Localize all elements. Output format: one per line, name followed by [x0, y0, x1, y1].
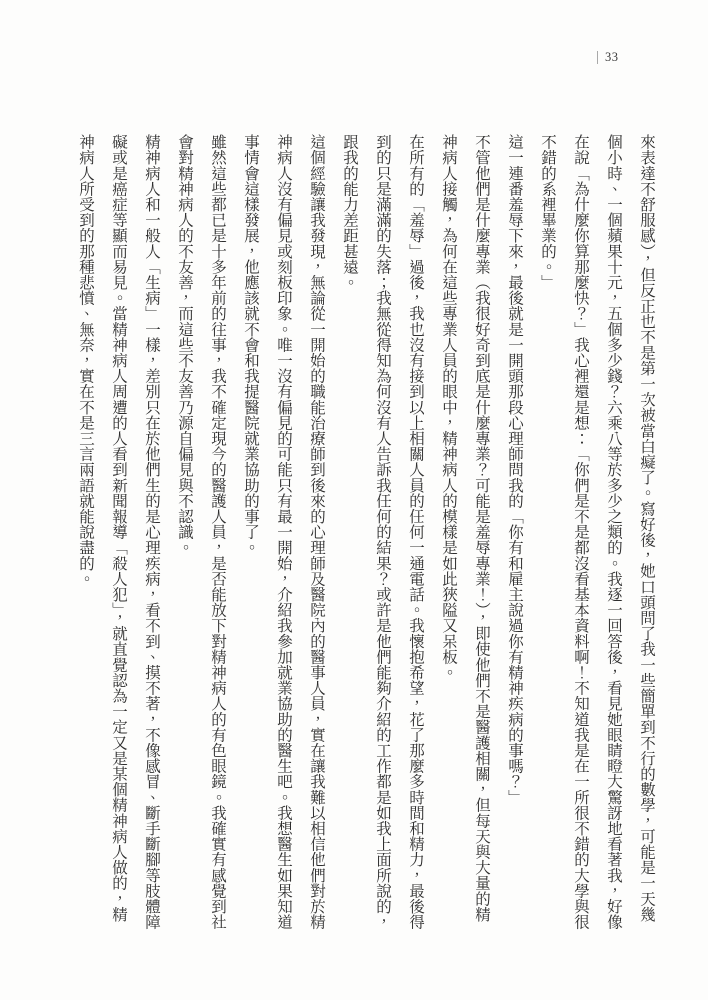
text-block: 來表達不舒服感），但反正也不是第一次被當白癡了。寫好後，她口頭問了我一些簡單到不…	[69, 134, 663, 928]
text-column: 到的只是滿滿的失落；我無從得知為何沒有人告訴我任何的結果？或許是他們能夠介紹的工…	[366, 134, 399, 928]
book-page: 33 來表達不舒服感），但反正也不是第一次被當白癡了。寫好後，她口頭問了我一些簡…	[0, 0, 708, 1000]
text-column: 精神病人和一般人「生病」一樣，差別只在於他們生的是心理疾病，看不到、摸不著，不像…	[135, 134, 168, 928]
page-number-group: 33	[597, 51, 619, 64]
text-column: 事情會這樣發展，他應該就不會和我提醫院就業協助的事了。	[234, 134, 267, 928]
text-column: 不管他們是什麼專業（我很好奇到底是什麼專業？可能是羞辱專業！），即使他們不是醫護…	[465, 134, 498, 928]
text-column: 神病人接觸，為何在這些專業人員的眼中，精神病人的模樣是如此狹隘又呆板。	[432, 134, 465, 928]
text-column: 在所有的「羞辱」過後，我也沒有接到以上相關人員的任何一通電話。我懷抱希望，花了那…	[399, 134, 432, 928]
text-column: 礙或是癌症等顯而易見。當精神病人周遭的人看到新聞報導「殺人犯」，就直覺認為一定又…	[102, 134, 135, 928]
text-column: 這個經驗讓我發現，無論從一開始的職能治療師到後來的心理師及醫院內的醫事人員，實在…	[300, 134, 333, 928]
paragraph-6: 雖然這些都已是十多年前的往事，我不確定現今的醫護人員，是否能放下對精神病人的有色…	[168, 134, 234, 928]
paragraph-3: 不管他們是什麼專業（我很好奇到底是什麼專業？可能是羞辱專業！），即使他們不是醫護…	[432, 134, 498, 928]
paragraph-7: 精神病人和一般人「生病」一樣，差別只在於他們生的是心理疾病，看不到、摸不著，不像…	[69, 134, 168, 928]
text-column: 神病人沒有偏見或刻板印象。唯一沒有偏見的可能只有最一開始，介紹我參加就業協助的醫…	[267, 134, 300, 928]
text-column: 神病人所受到的那種悲憤、無奈，實在不是三言兩語就能說盡的。	[69, 134, 102, 928]
text-column: 雖然這些都已是十多年前的往事，我不確定現今的醫護人員，是否能放下對精神病人的有色…	[201, 134, 234, 928]
paragraph-5: 這個經驗讓我發現，無論從一開始的職能治療師到後來的心理師及醫院內的醫事人員，實在…	[234, 134, 333, 928]
text-column: 不錯的系裡畢業的。」	[531, 134, 564, 928]
text-column: 跟我的能力差距甚遠。	[333, 134, 366, 928]
text-column: 這一連番羞辱下來，最後就是一開頭那段心理師問我的「你有和雇主說過你有精神疾病的事…	[498, 134, 531, 928]
text-column: 個小時、一個蘋果十元，五個多少錢？六乘八等於多少之類的。我逐一回答後，看見她眼睛…	[597, 134, 630, 928]
page-number: 33	[605, 51, 619, 64]
paragraph-1: 來表達不舒服感），但反正也不是第一次被當白癡了。寫好後，她口頭問了我一些簡單到不…	[531, 134, 663, 928]
text-column: 會對精神病人的不友善，而這些不友善乃源自偏見與不認識。	[168, 134, 201, 928]
paragraph-4: 在所有的「羞辱」過後，我也沒有接到以上相關人員的任何一通電話。我懷抱希望，花了那…	[333, 134, 432, 928]
text-column: 在說「為什麼你算那麼快？」我心裡還是想：「你們是不是都沒看基本資料啊！不知道我是…	[564, 134, 597, 928]
page-number-separator	[597, 51, 598, 64]
paragraph-2: 這一連番羞辱下來，最後就是一開頭那段心理師問我的「你有和雇主說過你有精神疾病的事…	[498, 134, 531, 928]
text-column: 來表達不舒服感），但反正也不是第一次被當白癡了。寫好後，她口頭問了我一些簡單到不…	[630, 134, 663, 928]
